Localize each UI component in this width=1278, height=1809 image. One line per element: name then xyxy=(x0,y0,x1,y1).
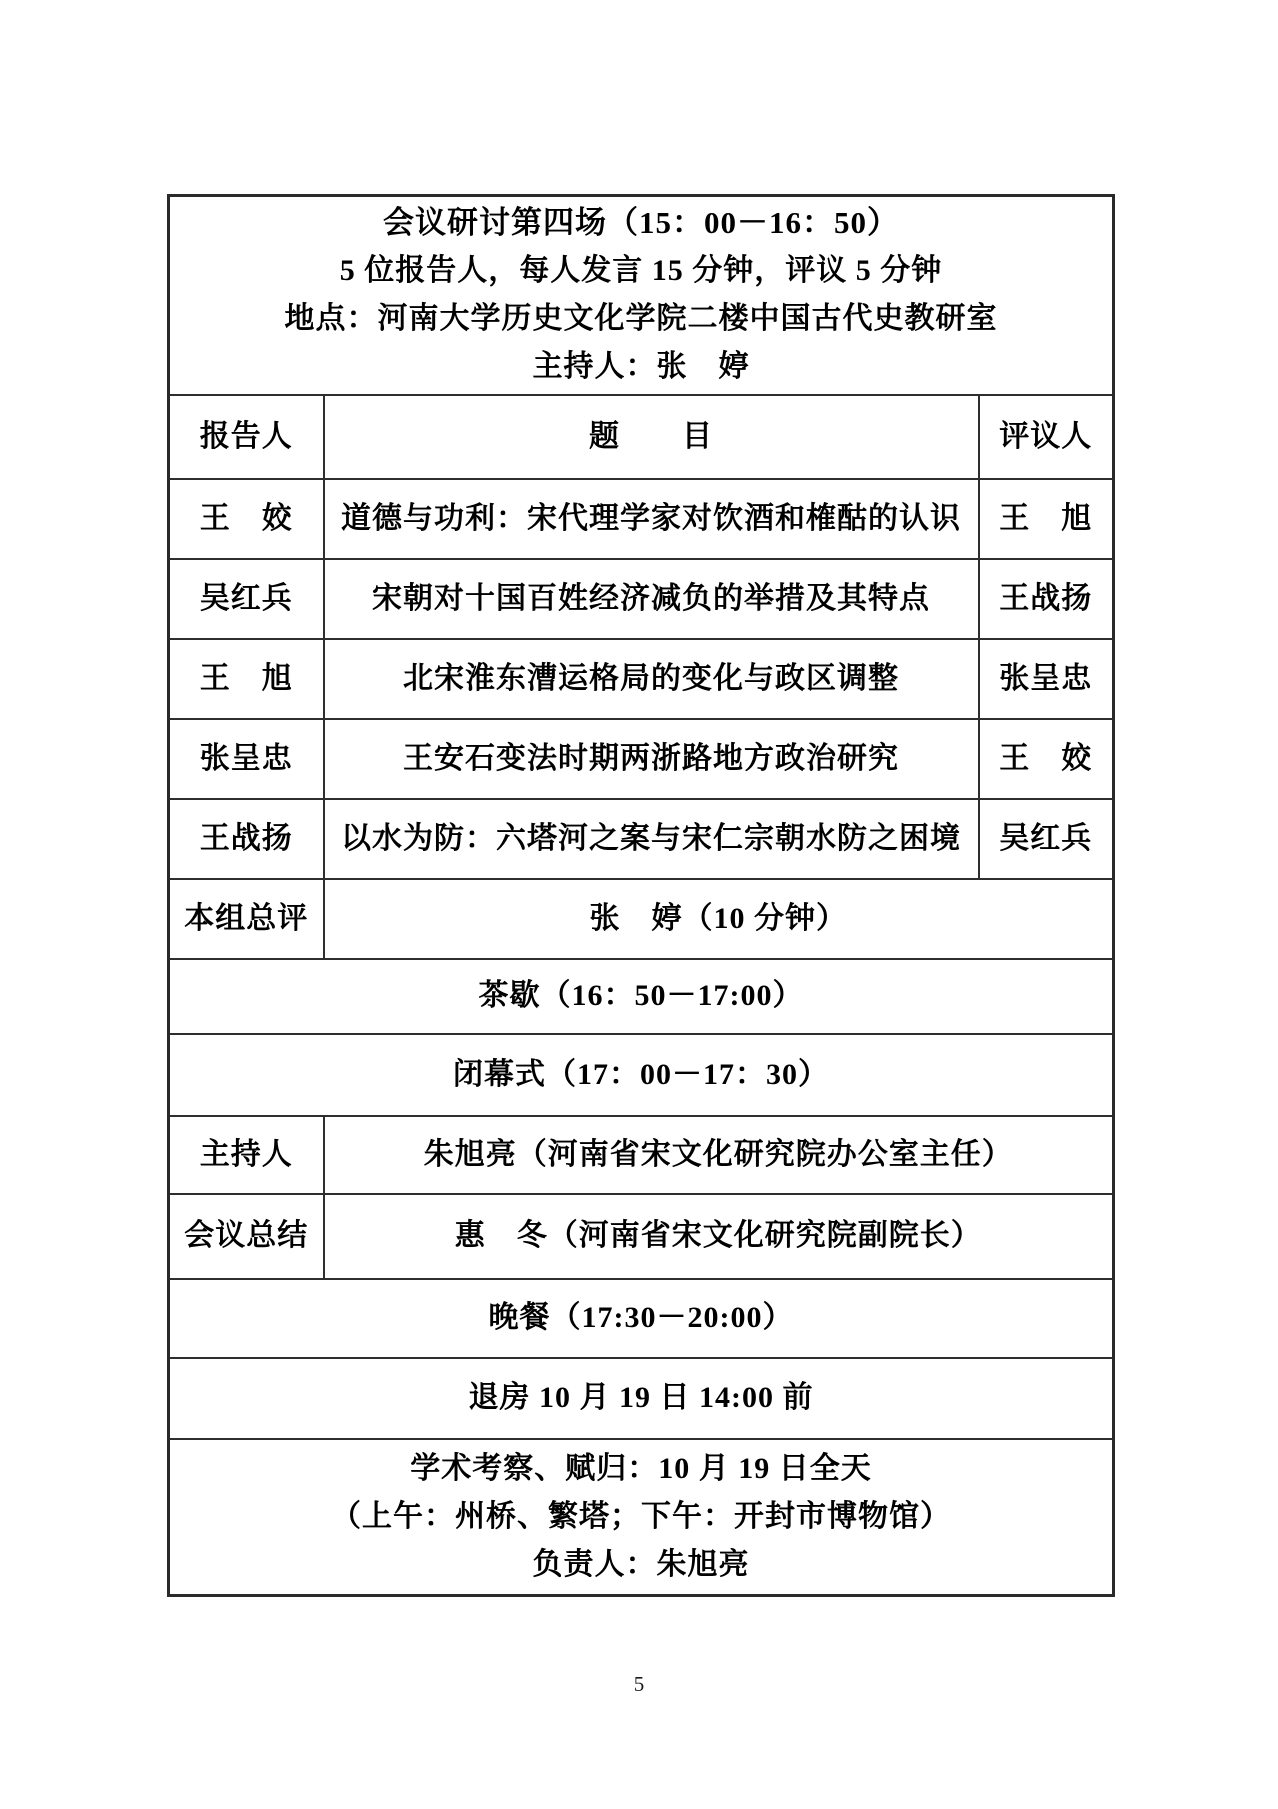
field-trip-row: 学术考察、赋归：10 月 19 日全天 （上午：州桥、繁塔；下午：开封市博物馆）… xyxy=(169,1439,1114,1596)
session-location: 地点：河南大学历史文化学院二楼中国古代史教研室 xyxy=(176,295,1106,343)
speaker-name: 王 姣 xyxy=(169,479,324,559)
checkout-row: 退房 10 月 19 日 14:00 前 xyxy=(169,1358,1114,1439)
conference-summary-row: 会议总结 惠 冬（河南省宋文化研究院副院长） xyxy=(169,1194,1114,1279)
closing-ceremony-row: 闭幕式（17：00－17：30） xyxy=(169,1034,1114,1116)
session-host: 主持人：张 婷 xyxy=(176,343,1106,391)
checkout-text: 退房 10 月 19 日 14:00 前 xyxy=(169,1358,1114,1439)
speaker-name: 王 旭 xyxy=(169,639,324,719)
field-trip-line1: 学术考察、赋归：10 月 19 日全天 xyxy=(176,1445,1106,1493)
table-row: 吴红兵 宋朝对十国百姓经济减负的举措及其特点 王战扬 xyxy=(169,559,1114,639)
speaker-name: 张呈忠 xyxy=(169,719,324,799)
paper-title: 道德与功利：宋代理学家对饮酒和榷酤的认识 xyxy=(324,479,979,559)
session-info-cell: 会议研讨第四场（15：00－16：50） 5 位报告人，每人发言 15 分钟，评… xyxy=(169,196,1114,395)
page-number: 5 xyxy=(0,1672,1278,1697)
field-trip-line2: （上午：州桥、繁塔；下午：开封市博物馆） xyxy=(176,1493,1106,1541)
table-row: 王 姣 道德与功利：宋代理学家对饮酒和榷酤的认识 王 旭 xyxy=(169,479,1114,559)
dinner-text: 晚餐（17:30－20:00） xyxy=(169,1279,1114,1358)
conference-schedule-table: 会议研讨第四场（15：00－16：50） 5 位报告人，每人发言 15 分钟，评… xyxy=(167,194,1115,1597)
dinner-row: 晚餐（17:30－20:00） xyxy=(169,1279,1114,1358)
table-row: 王 旭 北宋淮东漕运格局的变化与政区调整 张呈忠 xyxy=(169,639,1114,719)
session-title: 会议研讨第四场（15：00－16：50） xyxy=(176,199,1106,247)
discussant-name: 王战扬 xyxy=(979,559,1114,639)
discussant-name: 王 旭 xyxy=(979,479,1114,559)
group-summary-value: 张 婷（10 分钟） xyxy=(324,879,1114,959)
closing-host-label: 主持人 xyxy=(169,1116,324,1194)
discussant-name: 王 姣 xyxy=(979,719,1114,799)
session-format: 5 位报告人，每人发言 15 分钟，评议 5 分钟 xyxy=(176,247,1106,295)
conference-summary-label: 会议总结 xyxy=(169,1194,324,1279)
field-trip-line3: 负责人：朱旭亮 xyxy=(176,1541,1106,1589)
paper-title: 以水为防：六塔河之案与宋仁宗朝水防之困境 xyxy=(324,799,979,879)
speaker-name: 王战扬 xyxy=(169,799,324,879)
table-header-row: 报告人 题 目 评议人 xyxy=(169,395,1114,479)
col-header-speaker: 报告人 xyxy=(169,395,324,479)
group-summary-row: 本组总评 张 婷（10 分钟） xyxy=(169,879,1114,959)
closing-host-value: 朱旭亮（河南省宋文化研究院办公室主任） xyxy=(324,1116,1114,1194)
paper-title: 宋朝对十国百姓经济减负的举措及其特点 xyxy=(324,559,979,639)
col-header-discussant: 评议人 xyxy=(979,395,1114,479)
speaker-name: 吴红兵 xyxy=(169,559,324,639)
group-summary-label: 本组总评 xyxy=(169,879,324,959)
discussant-name: 张呈忠 xyxy=(979,639,1114,719)
tea-break-row: 茶歇（16：50－17:00） xyxy=(169,959,1114,1034)
tea-break-text: 茶歇（16：50－17:00） xyxy=(169,959,1114,1034)
table-row: 王战扬 以水为防：六塔河之案与宋仁宗朝水防之困境 吴红兵 xyxy=(169,799,1114,879)
table-row: 张呈忠 王安石变法时期两浙路地方政治研究 王 姣 xyxy=(169,719,1114,799)
document-page: 会议研讨第四场（15：00－16：50） 5 位报告人，每人发言 15 分钟，评… xyxy=(0,0,1278,1809)
closing-host-row: 主持人 朱旭亮（河南省宋文化研究院办公室主任） xyxy=(169,1116,1114,1194)
session-info-row: 会议研讨第四场（15：00－16：50） 5 位报告人，每人发言 15 分钟，评… xyxy=(169,196,1114,395)
col-header-title: 题 目 xyxy=(324,395,979,479)
paper-title: 北宋淮东漕运格局的变化与政区调整 xyxy=(324,639,979,719)
discussant-name: 吴红兵 xyxy=(979,799,1114,879)
conference-summary-value: 惠 冬（河南省宋文化研究院副院长） xyxy=(324,1194,1114,1279)
closing-ceremony-text: 闭幕式（17：00－17：30） xyxy=(169,1034,1114,1116)
field-trip-cell: 学术考察、赋归：10 月 19 日全天 （上午：州桥、繁塔；下午：开封市博物馆）… xyxy=(169,1439,1114,1596)
paper-title: 王安石变法时期两浙路地方政治研究 xyxy=(324,719,979,799)
